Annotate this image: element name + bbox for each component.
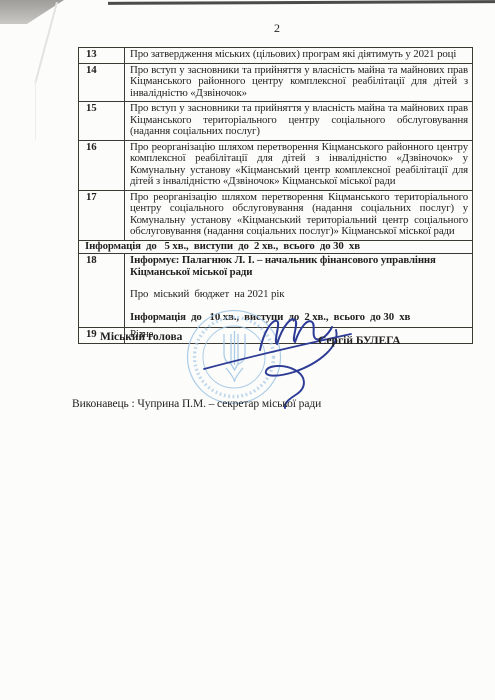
table-row-info-summary: Інформація до 5 хв., виступи до 2 хв., в… bbox=[79, 240, 473, 254]
table-row: 15 Про вступ у засновники та прийняття у… bbox=[79, 102, 473, 141]
table-row: 14 Про вступ у засновники та прийняття у… bbox=[79, 63, 473, 102]
page-number: 2 bbox=[265, 21, 289, 36]
row-number: 17 bbox=[79, 190, 125, 240]
row-number: 18 bbox=[79, 254, 125, 328]
row-text: Про затвердження міських (цільових) прог… bbox=[125, 48, 473, 64]
row-text: Про реорганізацію шляхом перетворення Кі… bbox=[125, 140, 473, 190]
info-summary-text: Інформація до 5 хв., виступи до 2 хв., в… bbox=[79, 240, 473, 254]
table-row: 13 Про затвердження міських (цільових) п… bbox=[79, 48, 473, 64]
scan-edge-line bbox=[108, 0, 495, 4]
executor-line: Виконавець : Чуприна П.М. – секретар міс… bbox=[72, 398, 321, 410]
scanned-document-page: 2 13 Про затвердження міських (цільових)… bbox=[0, 0, 495, 700]
row-number: 16 bbox=[79, 140, 125, 190]
table-row: 17 Про реорганізацію шляхом перетворення… bbox=[79, 190, 473, 240]
row-number: 15 bbox=[79, 102, 125, 141]
row-text: Про вступ у засновники та прийняття у вл… bbox=[125, 102, 473, 141]
row-text: Про вступ у засновники та прийняття у вл… bbox=[125, 63, 473, 102]
row-number: 14 bbox=[79, 63, 125, 102]
signatory-name: Сергій БУЛЕГА bbox=[318, 335, 401, 347]
informer-line: Інформує: Палагнюк Л. І. – начальник фін… bbox=[130, 255, 468, 278]
row-number: 13 bbox=[79, 48, 125, 64]
signatory-title: Міський голова bbox=[100, 331, 182, 343]
row-text: Про реорганізацію шляхом перетворення Кі… bbox=[125, 190, 473, 240]
table-row: 16 Про реорганізацію шляхом перетворення… bbox=[79, 140, 473, 190]
page-crease bbox=[35, 80, 36, 140]
